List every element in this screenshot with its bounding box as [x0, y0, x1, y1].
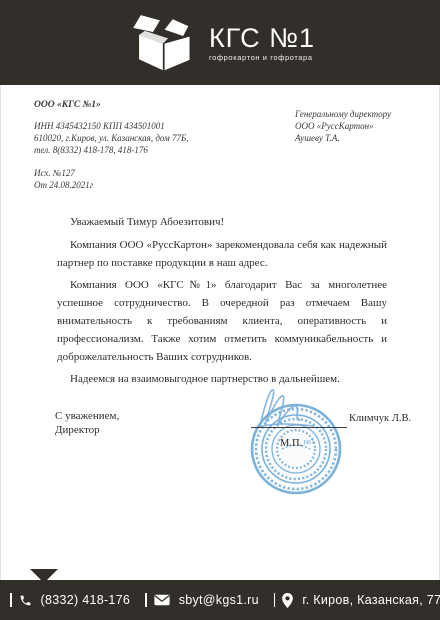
- signature-scribble: [252, 382, 324, 437]
- header-band: КГС №1 гофрокартон и гофротара: [0, 0, 440, 85]
- logo-subtitle: гофрокартон и гофротара: [209, 53, 315, 62]
- recipient-company: ООО «РуссКартон»: [295, 120, 425, 132]
- seal-mark-label: М.П.: [280, 438, 302, 449]
- closing-block: С уважением, Директор: [55, 409, 119, 437]
- phone-icon: [19, 594, 32, 607]
- open-box-icon: [132, 14, 196, 72]
- recipient-title: Генеральному директору: [295, 108, 425, 120]
- footer-address: г. Киров, Казанская, 77б: [302, 593, 440, 607]
- letter-date: От 24.08.2021г: [34, 179, 264, 191]
- closing-line-2: Директор: [55, 423, 119, 437]
- envelope-icon: [154, 594, 170, 606]
- footer-separator: [10, 593, 12, 607]
- sender-address: 610020, г.Киров, ул. Казанская, дом 77Б,: [34, 132, 264, 144]
- letter-page: КГС №1 гофрокартон и гофротара ООО «КГС …: [0, 0, 440, 620]
- signature-line: [251, 427, 347, 428]
- recipient-name: Аушеву Т.А.: [295, 132, 425, 144]
- company-logo: КГС №1 гофрокартон и гофротара: [125, 14, 315, 72]
- location-pin-icon: [282, 593, 293, 608]
- paragraph-3: Надеемся на взаимовыгодное партнерство в…: [57, 370, 387, 388]
- paragraph-1: Компания ООО «РуссКартон» зарекомендовал…: [57, 236, 387, 272]
- paragraph-2: Компания ООО «КГС№1» благодарит Вас за м…: [57, 276, 387, 366]
- footer-separator: [145, 593, 147, 607]
- letter-body: Уважаемый Тимур Абоезитович! Компания ОО…: [57, 213, 387, 392]
- recipient-block: Генеральному директору ООО «РуссКартон» …: [295, 108, 425, 144]
- closing-line-1: С уважением,: [55, 409, 119, 423]
- director-name: Климчук Л.В.: [349, 413, 411, 424]
- footer-separator: [274, 593, 276, 607]
- logo-text-block: КГС №1 гофрокартон и гофротара: [209, 24, 315, 62]
- salutation: Уважаемый Тимур Абоезитович!: [57, 213, 387, 231]
- sender-block: ООО «КГС №1» ИНН 4345432150 КПП 43450100…: [34, 99, 264, 191]
- sender-inn-kpp: ИНН 4345432150 КПП 434501001: [34, 120, 264, 132]
- footer-phone: (8332) 418-176: [41, 593, 131, 607]
- logo-title: КГС №1: [209, 24, 315, 52]
- sender-phones: тел. 8(8332) 418-178, 418-176: [34, 144, 264, 156]
- footer-band: (8332) 418-176 sbyt@kgs1.ru г. Киров, Ка…: [0, 580, 440, 620]
- outgoing-number: Исх. №127: [34, 167, 264, 179]
- sender-company: ООО «КГС №1»: [34, 99, 264, 111]
- footer-email: sbyt@kgs1.ru: [179, 593, 259, 607]
